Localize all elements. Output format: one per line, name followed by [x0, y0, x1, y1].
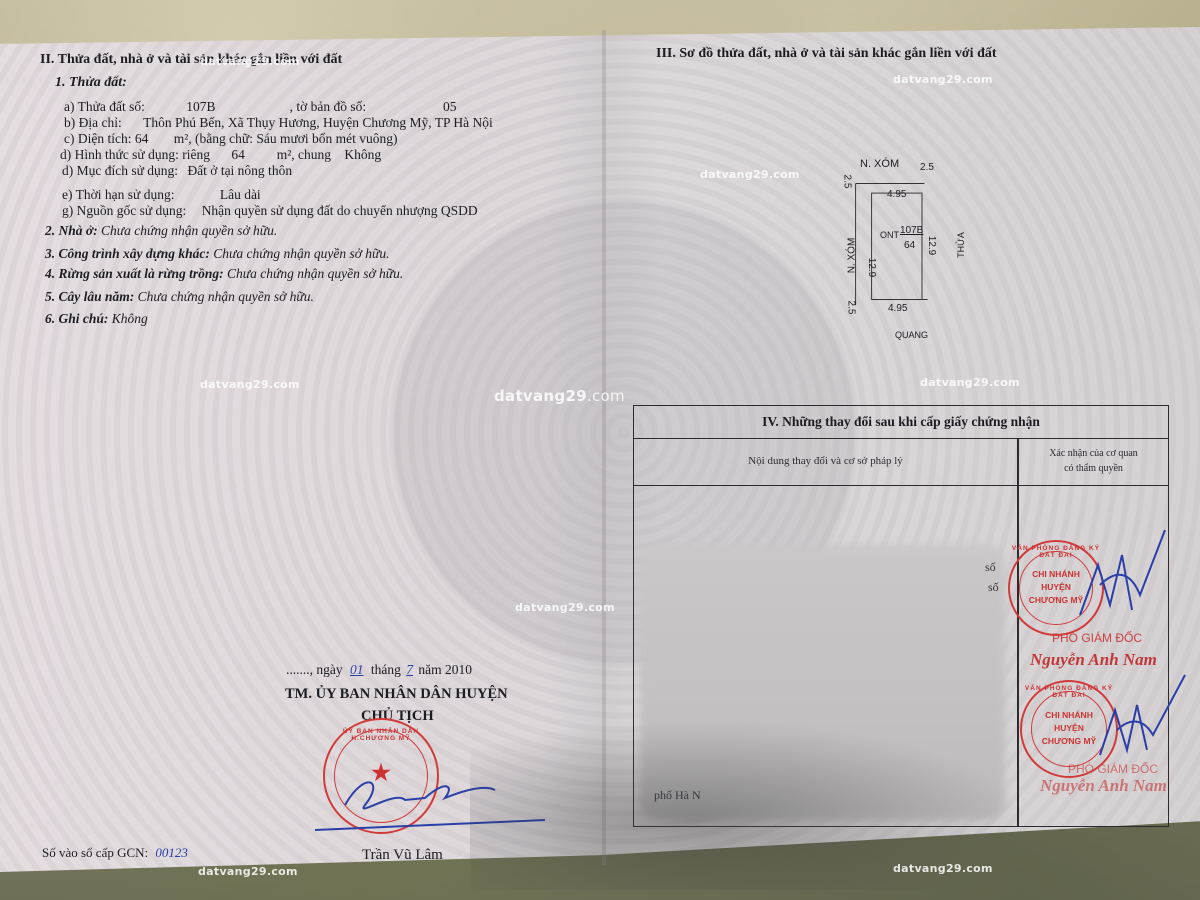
visible-fragment: số	[985, 560, 996, 575]
field-address: b) Địa chỉ: Thôn Phú Bến, Xã Thụy Hương,…	[64, 115, 493, 131]
field-usage-form: d) Hình thức sử dụng: riêng 64 m², chung…	[60, 147, 381, 163]
deputy-director-signature	[1085, 670, 1195, 770]
diagram-setback-top-right: 2.5	[920, 162, 934, 173]
issuing-authority: TM. ỦY BAN NHÂN DÂN HUYỆN	[285, 686, 508, 703]
diagram-left-label: N. XÓM	[846, 238, 857, 274]
col-change-content: Nội dung thay đổi và cơ sở pháp lý	[634, 438, 1017, 485]
watermark: datvang29.com	[893, 862, 993, 875]
register-number: Số vào sổ cấp GCN: 00123	[42, 845, 188, 861]
column-divider	[1017, 438, 1019, 826]
item-perennial-trees: 5. Cây lâu năm: Chưa chứng nhận quyền sở…	[45, 289, 314, 305]
section-iii-title: III. Sơ đồ thửa đất, nhà ở và tài sản kh…	[656, 46, 997, 62]
item-other-construction: 3. Công trình xây dựng khác: Chưa chứng …	[45, 246, 390, 262]
diagram-parcel-area: 64	[904, 240, 915, 251]
issue-date: ......., ngày 01 tháng 7 năm 2010	[286, 662, 472, 678]
watermark: datvang29.com	[200, 55, 300, 68]
chairman-signature	[305, 760, 545, 840]
land-heading: 1. Thửa đất:	[55, 75, 127, 91]
field-usage-purpose: d) Mục đích sử dụng: Đất ở tại nông thôn	[62, 163, 292, 179]
diagram-right-label: THỬA	[956, 232, 966, 258]
watermark: datvang29.com	[198, 865, 298, 878]
watermark: datvang29.com	[700, 168, 800, 181]
watermark: datvang29.com	[920, 376, 1020, 389]
diagram-bottom-label: QUANG	[895, 330, 928, 340]
changes-table-title: IV. Những thay đổi sau khi cấp giấy chứn…	[634, 406, 1168, 439]
watermark: datvang29.com	[515, 601, 615, 614]
signer-name: Trần Vũ Lâm	[362, 847, 443, 864]
diagram-parcel-number: 107B	[900, 225, 923, 236]
item-house: 2. Nhà ở: Chưa chứng nhận quyền sở hữu.	[45, 223, 277, 239]
diagram-top-width: 4.95	[887, 189, 906, 200]
diagram-land-code: ONT	[880, 230, 899, 240]
diagram-left-length: 12.9	[866, 258, 877, 277]
changes-table-header: Nội dung thay đổi và cơ sở pháp lý Xác n…	[634, 438, 1168, 486]
page-fold	[602, 30, 606, 865]
col-authority-confirmation: Xác nhận của cơ quan có thẩm quyền	[1019, 446, 1168, 476]
field-area: c) Diện tích: 64 m², (bằng chữ: Sáu mươi…	[64, 131, 398, 147]
deputy-director-signature	[1060, 525, 1170, 625]
deputy-director-role: PHÓ GIÁM ĐỐC	[1068, 762, 1158, 776]
diagram-setback-top-left: 2.5	[841, 175, 852, 189]
watermark: datvang29.com	[200, 378, 300, 391]
diagram-right-length: 12.9	[926, 236, 937, 255]
item-planted-forest: 4. Rừng sản xuất là rừng trồng: Chưa chứ…	[45, 266, 403, 282]
visible-fragment: số	[988, 580, 999, 595]
diagram-bottom-width: 4.95	[888, 303, 907, 314]
deputy-director-name: Nguyễn Anh Nam	[1040, 776, 1167, 796]
field-usage-term: e) Thời hạn sử dụng: Lâu dài	[62, 187, 261, 203]
watermark-center: datvang29.com	[494, 387, 625, 405]
item-notes: 6. Ghi chú: Không	[45, 311, 148, 327]
field-usage-origin: g) Nguồn gốc sử dụng: Nhận quyền sử dụng…	[62, 203, 478, 219]
diagram-top-label: N. XÓM	[860, 158, 899, 170]
redacted-change-content	[640, 545, 1005, 820]
deputy-director-role: PHÓ GIÁM ĐỐC	[1052, 631, 1142, 645]
deputy-director-name: Nguyễn Anh Nam	[1030, 650, 1157, 670]
diagram-setback-bottom-left: 2.5	[845, 301, 856, 315]
field-parcel-number: a) Thửa đất số: 107B , tờ bản đồ số: 05	[64, 99, 457, 115]
visible-fragment: phố Hà N	[654, 788, 701, 803]
watermark: datvang29.com	[893, 73, 993, 86]
